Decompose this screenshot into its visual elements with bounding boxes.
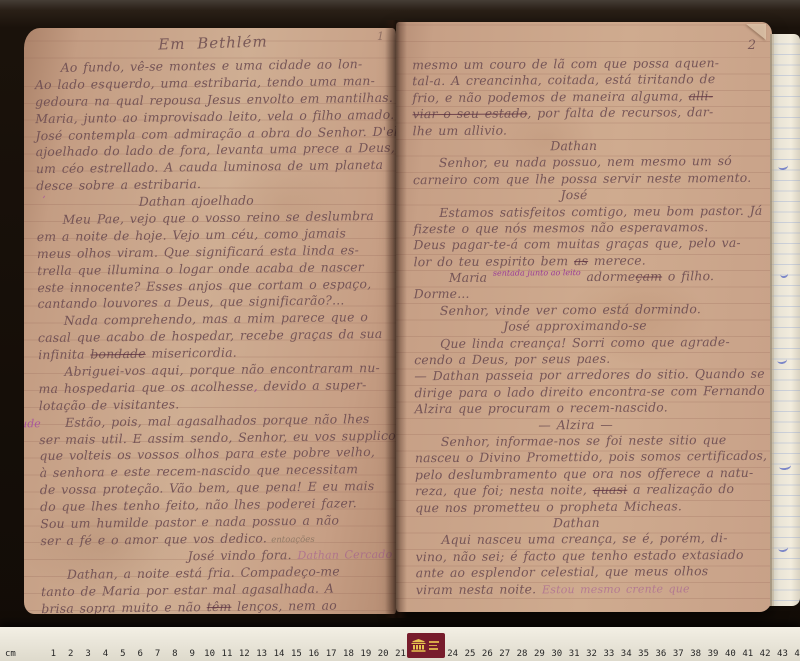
page-title: Em Bethlém [38, 29, 388, 59]
fore-edge-ink-mark [777, 543, 788, 552]
ruler-number: 38 [687, 649, 704, 659]
ruler-number: 19 [357, 649, 374, 659]
ruler-number: 41 [739, 649, 756, 659]
ruler-number: 25 [461, 649, 478, 659]
page-number-right: 2 [748, 38, 756, 53]
building-icon [410, 638, 427, 653]
ruler-number: 35 [635, 649, 652, 659]
ruler-number: 7 [149, 649, 166, 659]
ruler-number: 3 [79, 649, 96, 659]
ruler-number: 26 [479, 649, 496, 659]
fore-edge-pages [770, 34, 800, 606]
ruler-number: 29 [531, 649, 548, 659]
right-page-text: mesmo um couro de lã com que possa aquen… [412, 55, 768, 598]
margin-annotation: pude [24, 416, 41, 433]
logo-text-lines [429, 641, 439, 650]
ruler-number: 18 [340, 649, 357, 659]
fore-edge-ink-mark [777, 161, 788, 170]
ruler-number: 10 [201, 649, 218, 659]
ruler-number: 17 [322, 649, 339, 659]
ruler-number: 32 [583, 649, 600, 659]
ruler-number: 16 [305, 649, 322, 659]
fore-edge-ink-mark [779, 461, 792, 471]
ruler-number: 37 [670, 649, 687, 659]
ruler-number: 27 [496, 649, 513, 659]
ruler-number: 2 [62, 649, 79, 659]
ruler-number: 43 [774, 649, 791, 659]
ruler-number: 31 [565, 649, 582, 659]
ruler-number: 6 [131, 649, 148, 659]
ruler-number: 44 [791, 649, 800, 659]
ruler-number: 11 [218, 649, 235, 659]
ruler-number: 5 [114, 649, 131, 659]
archive-building-logo-icon [407, 633, 445, 658]
ruler-number: 13 [253, 649, 270, 659]
manuscript-photo: 1 Em Bethlém Ao fundo, vê-se montes e um… [0, 0, 800, 661]
ruler-number: 12 [236, 649, 253, 659]
ruler-number: 40 [722, 649, 739, 659]
margin-annotation: ’ [42, 193, 45, 210]
ruler-number: 39 [704, 649, 721, 659]
ruler-number: 36 [652, 649, 669, 659]
ruler-number: 42 [756, 649, 773, 659]
ruler-number: 24 [444, 649, 461, 659]
ruler-number: 15 [288, 649, 305, 659]
ruler-number: 28 [513, 649, 530, 659]
fore-edge-ink-mark [776, 355, 787, 364]
ruler-unit-label: cm [5, 649, 16, 659]
manuscript-line: viram nesta noite. Estou mesmo crente qu… [416, 579, 768, 598]
left-page-text: Ao fundo, vê-se montes e uma cidade ao l… [35, 56, 392, 614]
ruler-number: 4 [97, 649, 114, 659]
ruler-number: 20 [375, 649, 392, 659]
right-page: 2 mesmo um couro de lã com que possa aqu… [396, 22, 772, 612]
ruler-number: 14 [270, 649, 287, 659]
measuring-ruler: cm 1234567891011121314151617181920212223… [0, 627, 800, 661]
ruler-number: 33 [600, 649, 617, 659]
ruler-number: 9 [184, 649, 201, 659]
ruler-number: 8 [166, 649, 183, 659]
ruler-number: 30 [548, 649, 565, 659]
left-page: 1 Em Bethlém Ao fundo, vê-se montes e um… [24, 28, 396, 614]
fore-edge-ink-mark [779, 269, 788, 278]
ruler-number: 1 [45, 649, 62, 659]
manuscript-line: brisa sopra muito e não têm lenços, nem … [41, 596, 391, 614]
ruler-number: 34 [618, 649, 635, 659]
